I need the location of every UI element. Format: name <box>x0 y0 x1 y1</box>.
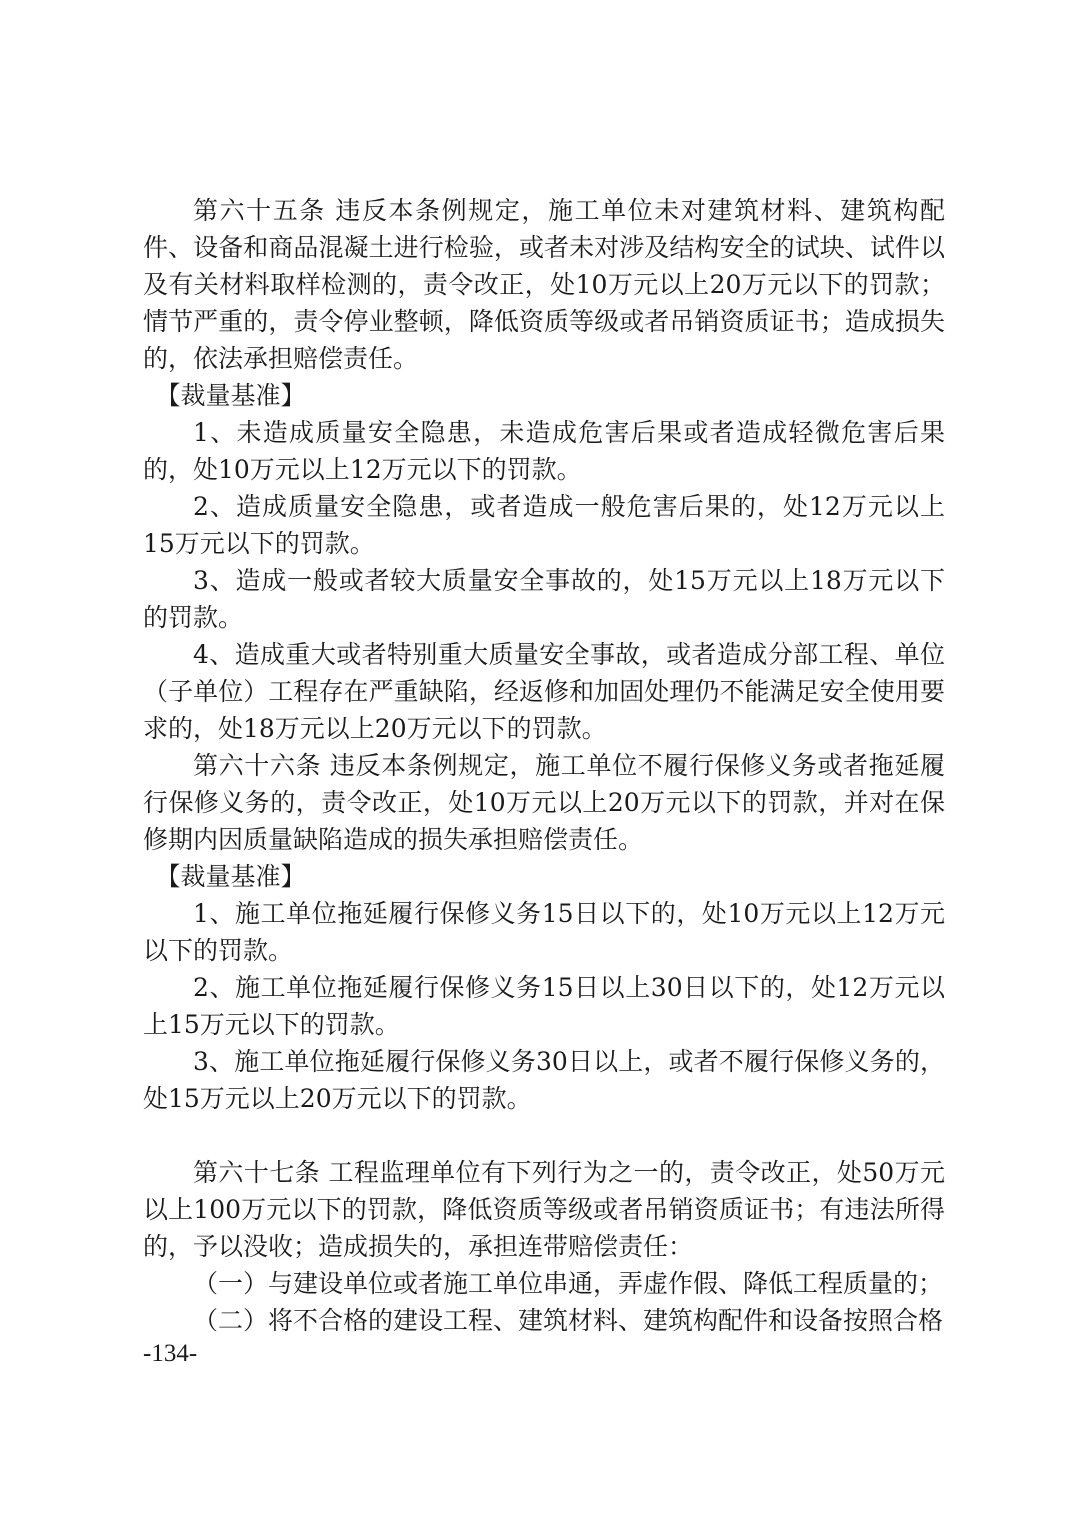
article-65-discretion-heading: 【裁量基准】 <box>143 377 945 414</box>
article-65-item-1: 1、未造成质量安全隐患，未造成危害后果或者造成轻微危害后果的，处10万元以上12… <box>143 414 945 488</box>
article-66-item-2: 2、施工单位拖延履行保修义务15日以上30日以下的，处12万元以上15万元以下的… <box>143 969 945 1043</box>
article-67-item-1: （一）与建设单位或者施工单位串通，弄虚作假、降低工程质量的； <box>143 1265 945 1302</box>
article-65-item-3: 3、造成一般或者较大质量安全事故的，处15万元以上18万元以下的罚款。 <box>143 562 945 636</box>
article-67-body: 第六十七条 工程监理单位有下列行为之一的，责令改正，处50万元以上100万元以下… <box>143 1154 945 1265</box>
article-65-body: 第六十五条 违反本条例规定，施工单位未对建筑材料、建筑构配件、设备和商品混凝土进… <box>143 192 945 377</box>
article-67-item-2: （二）将不合格的建设工程、建筑材料、建筑构配件和设备按照合格 <box>143 1302 945 1339</box>
article-66-discretion-heading: 【裁量基准】 <box>143 858 945 895</box>
document-page: 第六十五条 违反本条例规定，施工单位未对建筑材料、建筑构配件、设备和商品混凝土进… <box>143 192 945 1339</box>
article-65-item-2: 2、造成质量安全隐患，或者造成一般危害后果的，处12万元以上15万元以下的罚款。 <box>143 488 945 562</box>
article-66-item-3: 3、施工单位拖延履行保修义务30日以上，或者不履行保修义务的，处15万元以上20… <box>143 1043 945 1117</box>
page-number: -134- <box>143 1340 197 1368</box>
article-66-body: 第六十六条 违反本条例规定，施工单位不履行保修义务或者拖延履行保修义务的，责令改… <box>143 747 945 858</box>
article-66-item-1: 1、施工单位拖延履行保修义务15日以下的，处10万元以上12万元以下的罚款。 <box>143 895 945 969</box>
article-65-item-4: 4、造成重大或者特别重大质量安全事故，或者造成分部工程、单位（子单位）工程存在严… <box>143 636 945 747</box>
section-gap <box>143 1117 945 1154</box>
